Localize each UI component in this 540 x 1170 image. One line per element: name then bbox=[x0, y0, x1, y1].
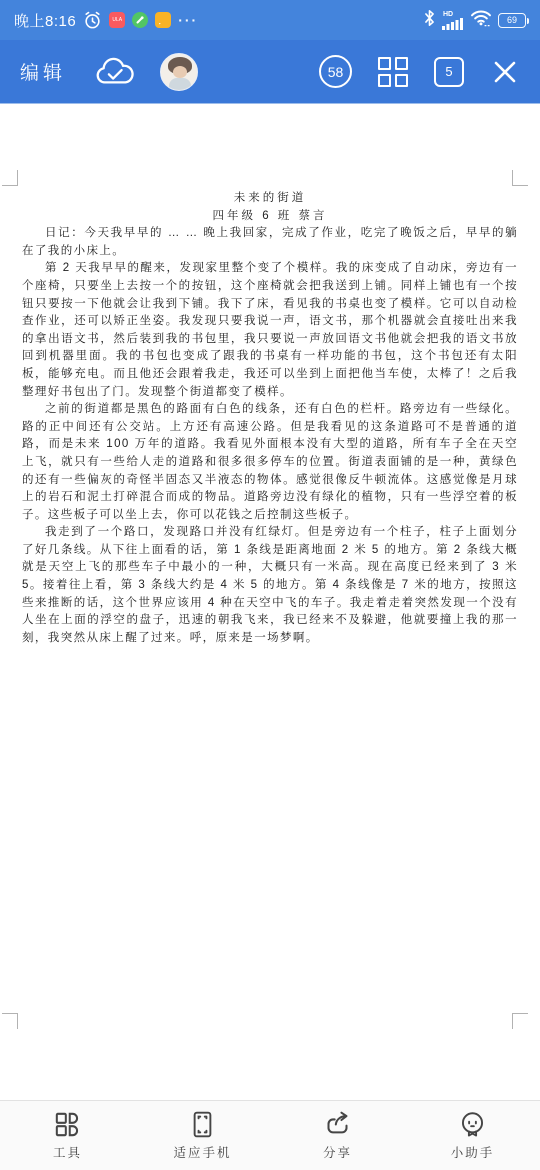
alarm-clock-icon bbox=[83, 11, 102, 30]
document-page[interactable]: 未来的街道 四年级 6 班 蔡言 日记：今天我早早的 … … 晚上我回家，完成了… bbox=[0, 104, 540, 1100]
margin-mark-top-right bbox=[512, 170, 528, 186]
document-body[interactable]: 未来的街道 四年级 6 班 蔡言 日记：今天我早早的 … … 晚上我回家，完成了… bbox=[22, 190, 518, 647]
document-count-button[interactable]: 58 bbox=[319, 55, 352, 88]
green-app-notification-icon bbox=[132, 12, 148, 28]
page-count-button[interactable]: 5 bbox=[434, 57, 464, 87]
bottom-toolbar: 工具 适应手机 分享 bbox=[0, 1100, 540, 1170]
share-button[interactable]: 分享 bbox=[270, 1101, 405, 1170]
signal-strength-icon: HD bbox=[442, 11, 464, 30]
wps-mobile-screen: 晚上8:16 ULA ··· HD bbox=[0, 0, 540, 1170]
tools-grid-icon bbox=[54, 1111, 81, 1138]
close-icon[interactable] bbox=[490, 57, 520, 87]
app-toolbar: 编辑 58 5 bbox=[0, 40, 540, 104]
bluetooth-icon bbox=[423, 9, 436, 32]
more-notifications-icon: ··· bbox=[178, 12, 198, 28]
message-bubble-icon bbox=[155, 12, 171, 28]
paragraph-2: 第 2 天我早早的醒来，发现家里整个变了个模样。我的床变成了自动床，旁边有一个座… bbox=[22, 260, 518, 401]
fit-phone-button[interactable]: 适应手机 bbox=[135, 1101, 270, 1170]
margin-mark-bottom-right bbox=[512, 1013, 528, 1029]
paragraph-1: 日记：今天我早早的 … … 晚上我回家，完成了作业，吃完了晚饭之后，早早的躺在了… bbox=[22, 225, 518, 260]
status-bar: 晚上8:16 ULA ··· HD bbox=[0, 0, 540, 40]
share-arrow-icon bbox=[324, 1111, 351, 1138]
view-grid-button[interactable] bbox=[378, 57, 408, 87]
edit-button[interactable]: 编辑 bbox=[20, 58, 66, 85]
user-avatar[interactable] bbox=[160, 53, 198, 91]
red-app-notification-icon: ULA bbox=[109, 12, 125, 28]
fit-phone-icon bbox=[189, 1111, 216, 1138]
paragraph-4: 我走到了一个路口，发现路口并没有红绿灯。但是旁边有一个柱子，柱子上面划分了好几条… bbox=[22, 524, 518, 647]
margin-mark-top-left bbox=[2, 170, 18, 186]
margin-mark-bottom-left bbox=[2, 1013, 18, 1029]
cloud-sync-button[interactable] bbox=[94, 55, 136, 89]
wifi-icon bbox=[470, 9, 492, 32]
tools-button[interactable]: 工具 bbox=[0, 1101, 135, 1170]
battery-icon: 69 bbox=[498, 13, 526, 28]
battery-percent: 69 bbox=[507, 15, 517, 25]
document-title: 未来的街道 bbox=[22, 190, 518, 208]
document-byline: 四年级 6 班 蔡言 bbox=[22, 208, 518, 226]
assistant-button[interactable]: 小助手 bbox=[405, 1101, 540, 1170]
clock-time: 晚上8:16 bbox=[14, 10, 76, 31]
assistant-face-icon bbox=[459, 1111, 486, 1138]
paragraph-3: 之前的街道都是黑色的路面有白色的线条，还有白色的栏杆。路旁边有一些绿化。路的正中… bbox=[22, 401, 518, 524]
